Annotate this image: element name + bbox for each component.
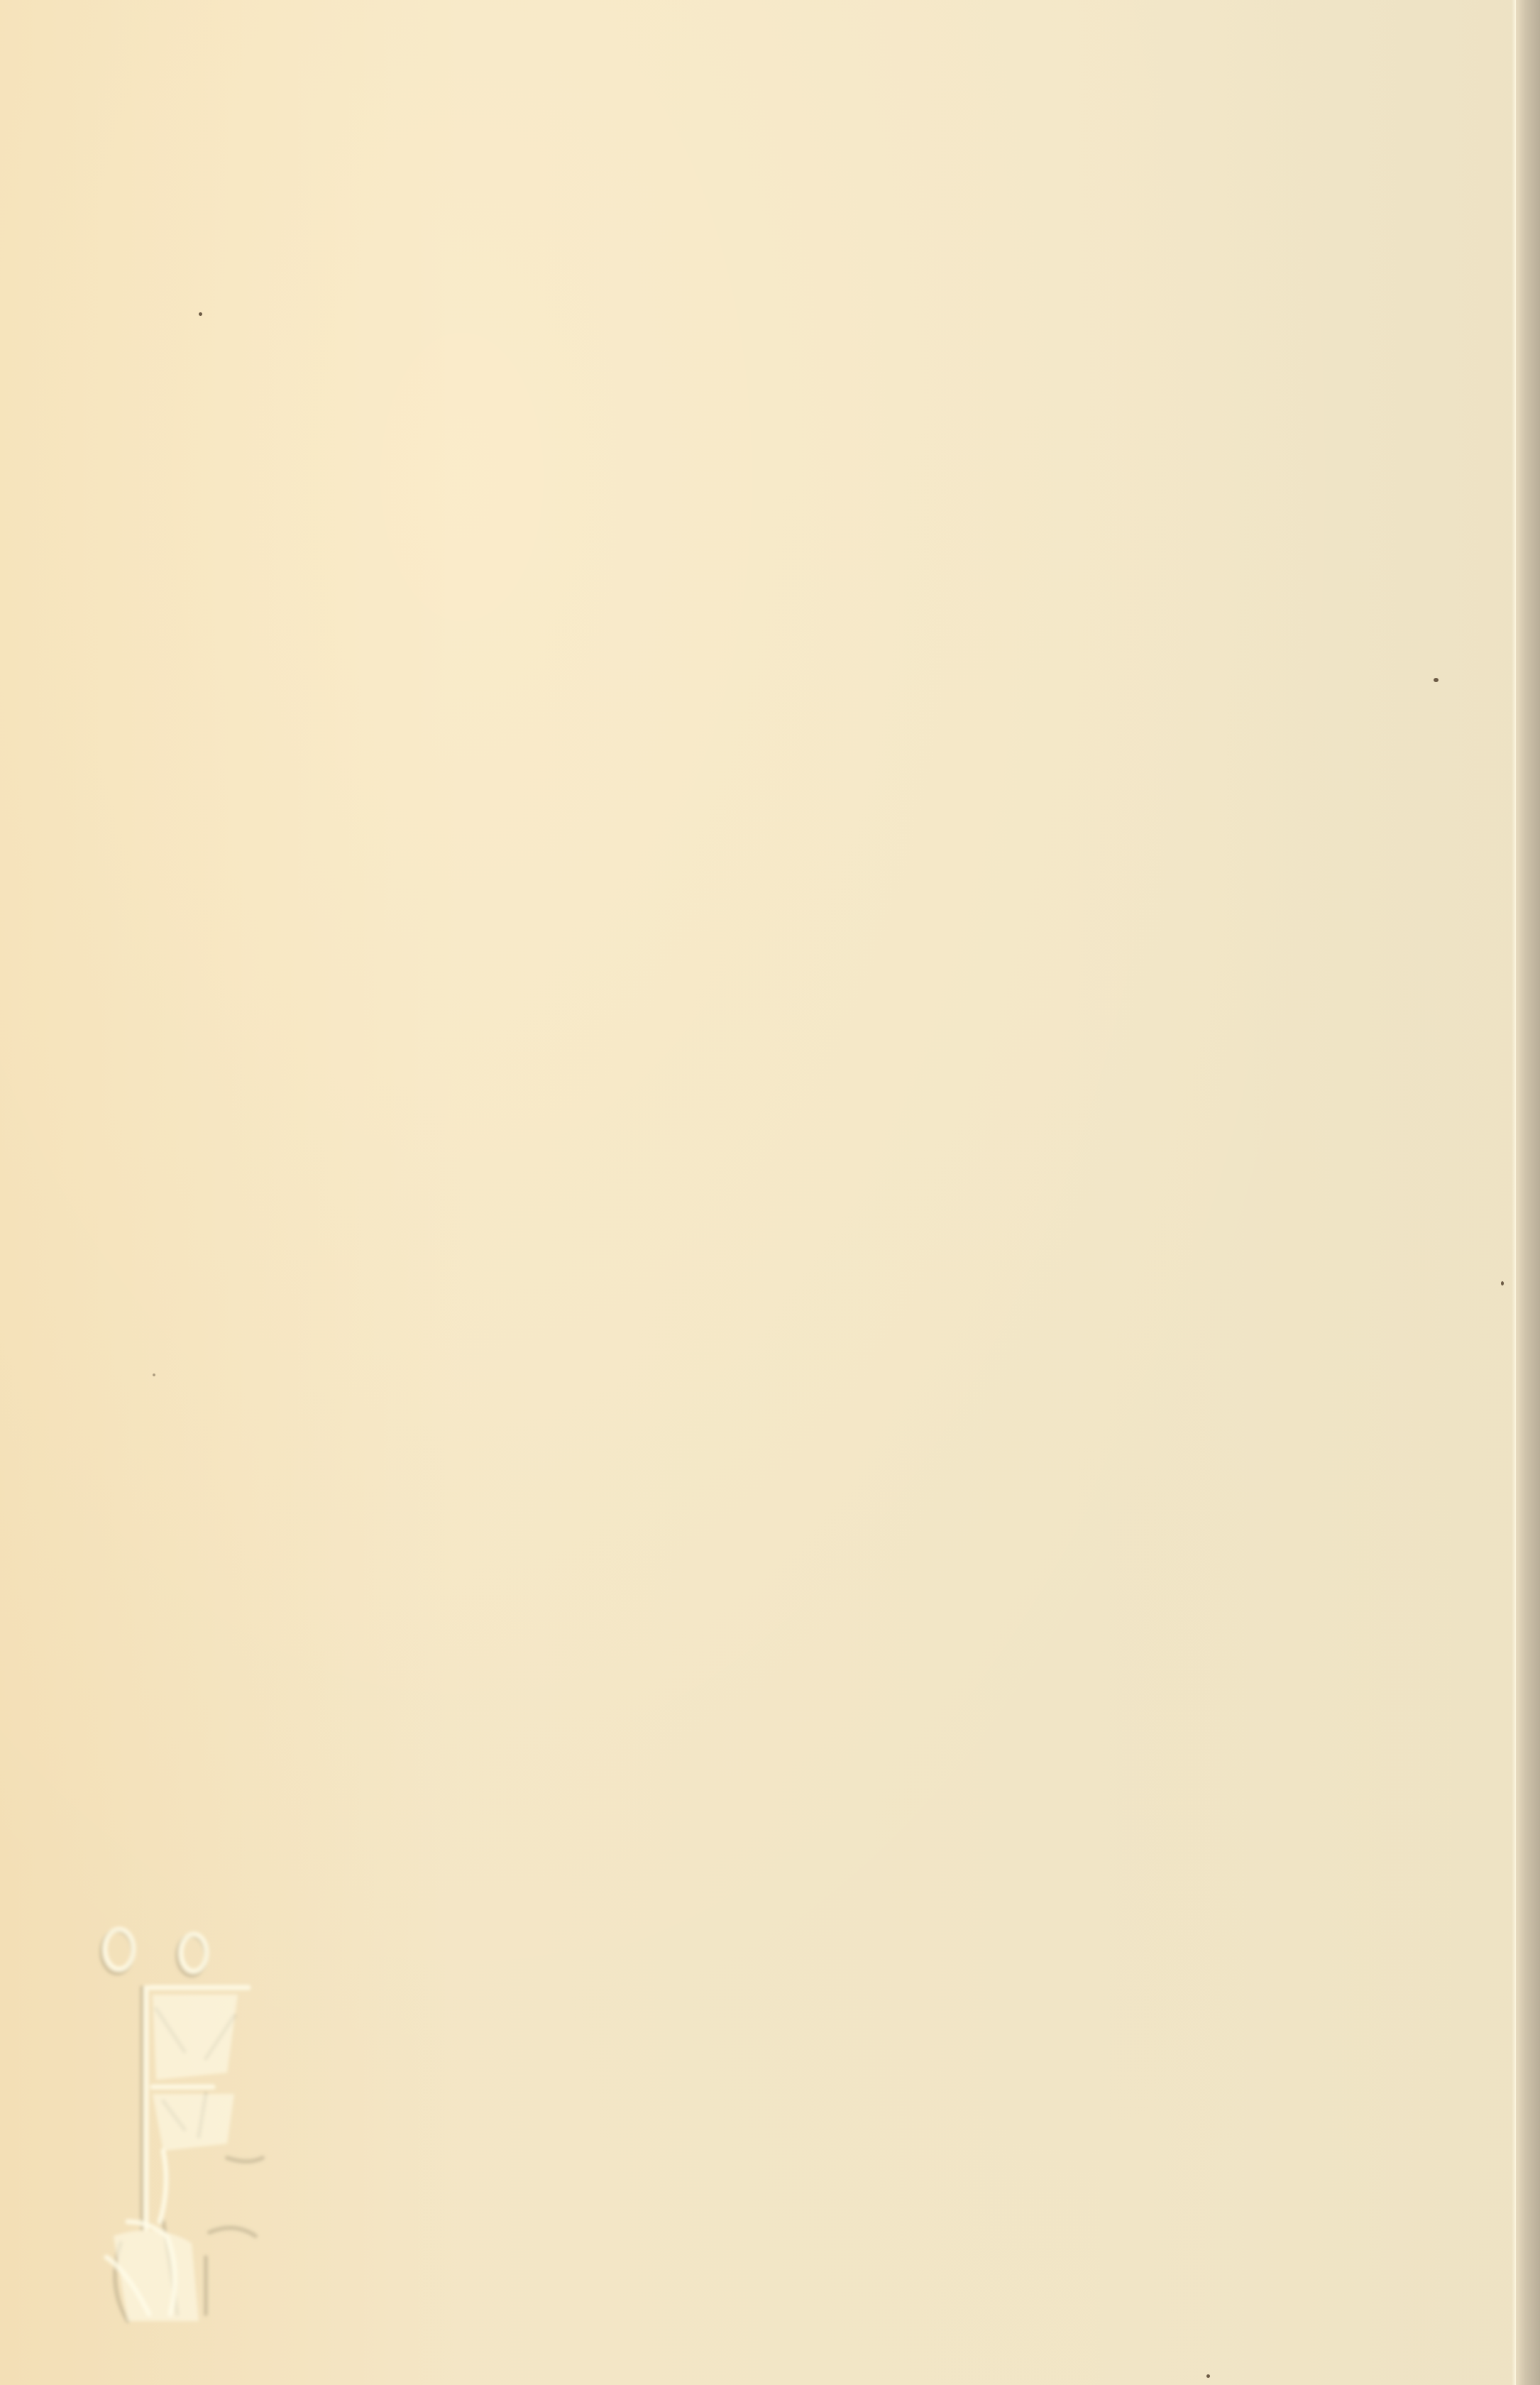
paper-speck <box>1206 2374 1210 2378</box>
show-through-text-line <box>0 78 1512 151</box>
paper-speck <box>199 312 202 316</box>
paper-speck <box>153 1374 155 1376</box>
embossed-ornament-icon <box>85 1888 355 2328</box>
paper-speck <box>1434 678 1439 682</box>
book-gutter <box>1516 0 1540 2385</box>
blank-book-page <box>0 0 1540 2385</box>
paper-speck <box>1501 1281 1504 1285</box>
